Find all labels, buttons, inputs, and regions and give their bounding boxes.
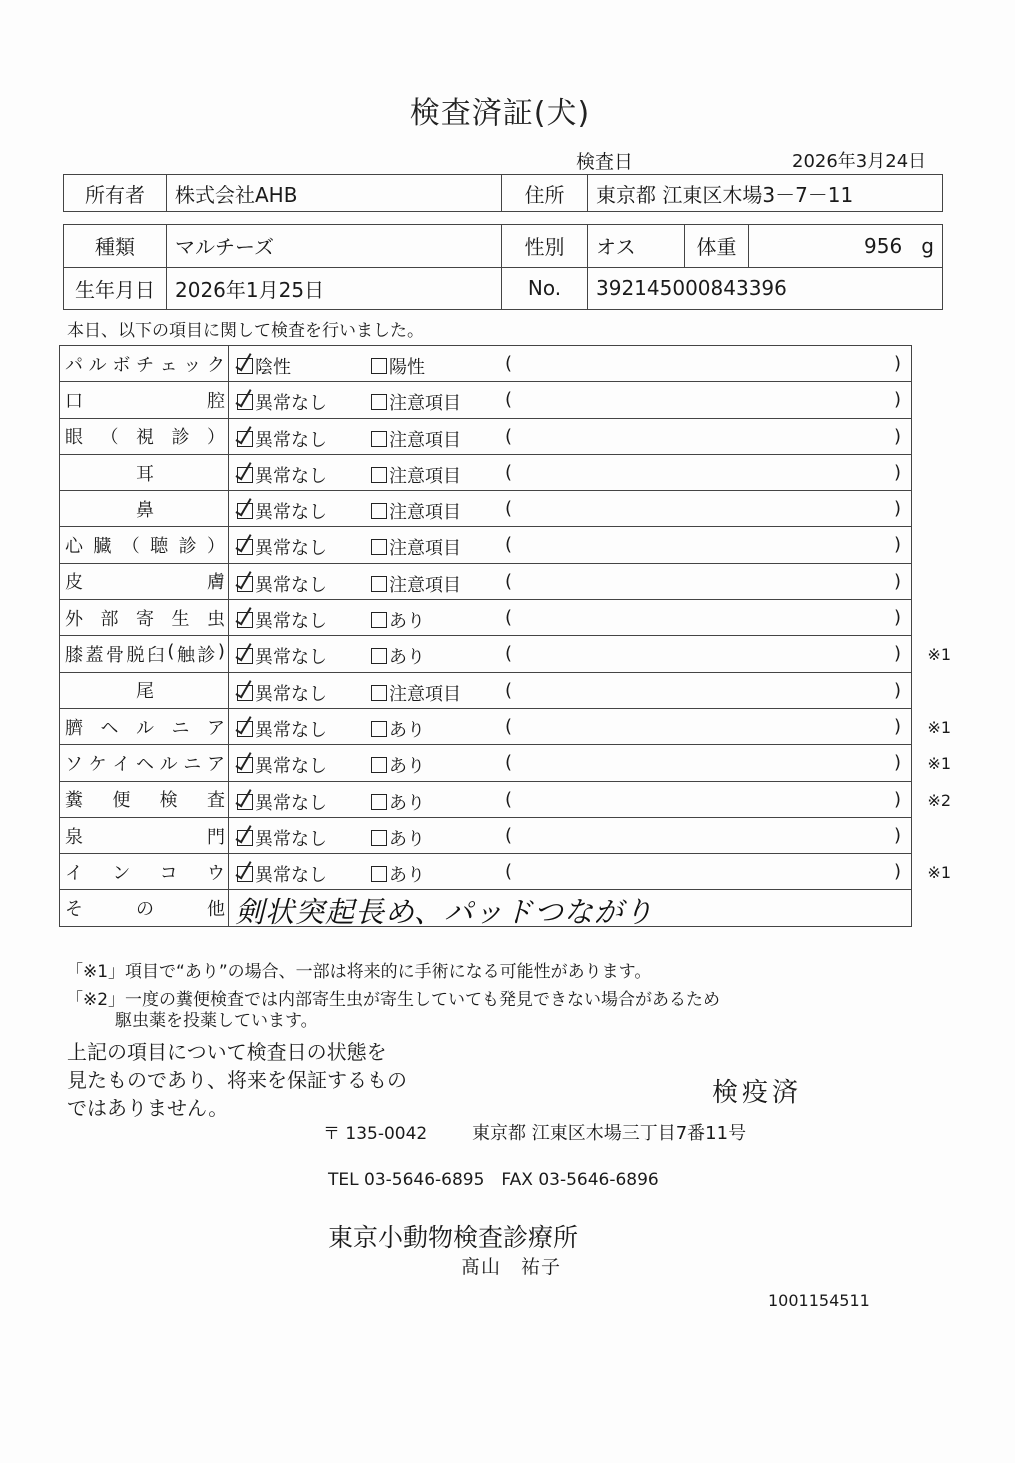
- remarks-open-paren: (: [505, 607, 512, 628]
- checklist-item-label: 尾: [60, 672, 229, 708]
- option-abnormal[interactable]: 注意項目: [371, 534, 461, 560]
- checklist-item-label: 耳: [60, 454, 229, 490]
- remarks-close-paren: ): [894, 389, 901, 410]
- remarks-open-paren: (: [505, 426, 512, 447]
- owner-value: 株式会社AHB: [167, 175, 502, 212]
- clinic-contact: TEL 03-5646-6895 FAX 03-5646-6896: [328, 1165, 659, 1190]
- remarks-open-paren: (: [505, 752, 512, 773]
- label-char: 骨: [106, 641, 124, 667]
- checklist-item-label: 外部寄生虫: [60, 600, 229, 636]
- label-char: ア: [207, 714, 225, 740]
- label-char: 口: [65, 387, 83, 413]
- owner-table: 所有者 株式会社AHB 住所 東京都 江東区木場3－7－11: [63, 174, 943, 212]
- label-char: ェ: [160, 351, 178, 377]
- label-char: 糞: [65, 786, 83, 812]
- address-value: 東京都 江東区木場3－7－11: [588, 175, 943, 212]
- label-char: ッ: [183, 351, 201, 377]
- checkbox-icon[interactable]: [237, 685, 253, 701]
- option-normal[interactable]: 陰性: [237, 353, 291, 379]
- checklist-row: 泉門 異常なし あり ( ): [60, 817, 912, 853]
- checkbox-icon[interactable]: [371, 503, 387, 519]
- checkbox-icon[interactable]: [237, 757, 253, 773]
- option-abnormal[interactable]: あり: [371, 861, 425, 887]
- label-char: (: [167, 641, 174, 667]
- checklist-options: 異常なし あり ( ): [229, 817, 912, 853]
- checklist-item-label: 眼（視診）: [60, 418, 229, 454]
- label-char: 検: [160, 786, 178, 812]
- option-normal[interactable]: 異常なし: [237, 571, 327, 597]
- checkbox-icon[interactable]: [371, 721, 387, 737]
- option-abnormal[interactable]: 注意項目: [371, 389, 461, 415]
- checkbox-icon[interactable]: [371, 757, 387, 773]
- option-abnormal[interactable]: あり: [371, 716, 425, 742]
- checklist-row: ソケイヘルニア 異常なし あり ( ) ※1: [60, 745, 912, 781]
- checkbox-icon[interactable]: [371, 794, 387, 810]
- remarks-close-paren: ): [894, 861, 901, 882]
- remarks-open-paren: (: [505, 462, 512, 483]
- checklist-item-label: 糞便検査: [60, 781, 229, 817]
- document-number: 1001154511: [768, 1291, 870, 1310]
- checkbox-icon[interactable]: [371, 467, 387, 483]
- label-char: 外: [65, 605, 83, 631]
- label-char: チ: [136, 351, 154, 377]
- footnote-2-continued: 駆虫薬を投薬しています。: [115, 1006, 318, 1031]
- sex-value: オス: [588, 225, 685, 268]
- checklist-item-label: インコウ: [60, 854, 229, 890]
- checkbox-icon[interactable]: [237, 866, 253, 882]
- handwritten-note: 剣状突起長め、パッドつながり: [235, 890, 654, 931]
- remarks-open-paren: (: [505, 680, 512, 701]
- option-normal[interactable]: 異常なし: [237, 498, 327, 524]
- checklist-options: 異常なし 注意項目 ( ): [229, 563, 912, 599]
- checklist-row: 皮膚 異常なし 注意項目 ( ): [60, 563, 912, 599]
- exam-date-value: 2026年3月24日: [792, 147, 926, 173]
- label-char: ル: [160, 750, 178, 776]
- address-label: 住所: [502, 175, 588, 212]
- footnote-marker: ※1: [927, 718, 951, 737]
- remarks-close-paren: ): [894, 752, 901, 773]
- remarks-open-paren: (: [505, 389, 512, 410]
- remarks-open-paren: (: [505, 643, 512, 664]
- label-char: 蓋: [85, 641, 103, 667]
- checkbox-icon[interactable]: [371, 576, 387, 592]
- remarks-close-paren: ): [894, 680, 901, 701]
- checklist-row: 耳 異常なし 注意項目 ( ): [60, 454, 912, 490]
- sex-label: 性別: [502, 225, 588, 268]
- remarks-close-paren: ): [894, 789, 901, 810]
- remarks-close-paren: ): [894, 353, 901, 374]
- option-abnormal[interactable]: 陽性: [371, 353, 425, 379]
- remarks-open-paren: (: [505, 789, 512, 810]
- breed-value: マルチーズ: [167, 225, 502, 268]
- label-char: ウ: [207, 859, 225, 885]
- checkbox-icon[interactable]: [237, 612, 253, 628]
- option-abnormal[interactable]: あり: [371, 825, 425, 851]
- checklist-options: 異常なし あり ( ) ※1: [229, 708, 912, 744]
- checkbox-icon[interactable]: [237, 358, 253, 374]
- exam-date-label: 検査日: [576, 147, 633, 174]
- remarks-open-paren: (: [505, 353, 512, 374]
- postal-code: 〒 135-0042: [323, 1119, 427, 1144]
- vet-name: 髙山 祐子: [461, 1252, 561, 1279]
- label-char: 虫: [207, 605, 225, 631]
- checklist-row: パルボチェック 陰性 陽性 ( ): [60, 346, 912, 382]
- label-char: 臓: [93, 532, 111, 558]
- label-char: 診: [172, 423, 190, 449]
- other-label-cell: その他: [60, 890, 229, 926]
- remarks-close-paren: ): [894, 426, 901, 447]
- remarks-close-paren: ): [894, 716, 901, 737]
- checklist-item-label: 鼻: [60, 491, 229, 527]
- option-abnormal[interactable]: あり: [371, 789, 425, 815]
- checkbox-icon[interactable]: [371, 648, 387, 664]
- checklist-options: 異常なし あり ( ) ※1: [229, 636, 912, 672]
- option-abnormal[interactable]: 注意項目: [371, 462, 461, 488]
- remarks-open-paren: (: [505, 571, 512, 592]
- label-char: 査: [207, 786, 225, 812]
- checklist-options: 異常なし 注意項目 ( ): [229, 491, 912, 527]
- label-char: 腔: [207, 387, 225, 413]
- label-char: パ: [65, 351, 83, 377]
- option-normal[interactable]: 異常なし: [237, 426, 327, 452]
- checkbox-icon[interactable]: [237, 721, 253, 737]
- checkbox-icon[interactable]: [371, 866, 387, 882]
- option-abnormal[interactable]: 注意項目: [371, 571, 461, 597]
- checkbox-icon[interactable]: [371, 431, 387, 447]
- label-char: 便: [112, 786, 130, 812]
- other-label: その他: [65, 895, 225, 921]
- checklist-row: 外部寄生虫 異常なし あり ( ): [60, 600, 912, 636]
- checkbox-icon[interactable]: [371, 539, 387, 555]
- disclaimer-line-3: ではありません。: [67, 1094, 407, 1122]
- label-char: 診: [197, 641, 215, 667]
- checklist-options: 異常なし あり ( ): [229, 600, 912, 636]
- label-char: ク: [207, 351, 225, 377]
- document-title: 検査済証(犬): [0, 88, 1000, 132]
- checklist-item-label: 臍ヘルニア: [60, 708, 229, 744]
- checklist-row: 膝蓋骨脱臼(触診) 異常なし あり ( ) ※1: [60, 636, 912, 672]
- checkbox-icon[interactable]: [371, 830, 387, 846]
- clinic-address: 東京都 江東区木場三丁目7番11号: [472, 1119, 746, 1145]
- label-char: 脱: [126, 641, 144, 667]
- remarks-close-paren: ): [894, 643, 901, 664]
- checkbox-icon[interactable]: [237, 467, 253, 483]
- footnote-marker: ※1: [927, 645, 951, 664]
- checklist-item-label: ソケイヘルニア: [60, 745, 229, 781]
- option-normal[interactable]: 異常なし: [237, 462, 327, 488]
- label-char: 心: [65, 532, 83, 558]
- label-char: ン: [112, 859, 130, 885]
- label-char: 尾: [136, 677, 154, 703]
- checklist-options: 異常なし あり ( ) ※2: [229, 781, 912, 817]
- birth-value: 2026年1月25日: [167, 267, 502, 310]
- weight-unit: g: [921, 234, 934, 258]
- footnote-marker: ※1: [927, 863, 951, 882]
- checklist-item-label: 心臓（聴診）: [60, 527, 229, 563]
- quarantine-stamp: 検疫済: [712, 1072, 802, 1109]
- label-char: 門: [207, 823, 225, 849]
- footnote-1: 「※1」項目で“あり”の場合、一部は将来的に手術になる可能性があります。: [66, 957, 651, 982]
- option-normal[interactable]: 異常なし: [237, 643, 327, 669]
- label-char: （: [122, 532, 140, 558]
- breed-label: 種類: [64, 225, 167, 268]
- label-char: 聴: [150, 532, 168, 558]
- disclaimer: 上記の項目について検査日の状態を 見たものであり、将来を保証するもの ではありま…: [67, 1038, 407, 1122]
- footnote-marker: ※1: [927, 754, 951, 773]
- label-char: 視: [136, 423, 154, 449]
- remarks-close-paren: ): [894, 571, 901, 592]
- label-char: イ: [65, 859, 83, 885]
- remarks-open-paren: (: [505, 534, 512, 555]
- label-char: ニ: [172, 714, 190, 740]
- option-abnormal[interactable]: あり: [371, 607, 425, 633]
- checkbox-icon[interactable]: [237, 503, 253, 519]
- option-normal[interactable]: 異常なし: [237, 680, 327, 706]
- label-char: 触: [177, 641, 195, 667]
- checklist-row: 口腔 異常なし 注意項目 ( ): [60, 382, 912, 418]
- label-char: 眼: [65, 423, 83, 449]
- other-row: その他 剣状突起長め、パッドつながり: [60, 890, 912, 926]
- checklist-row: 心臓（聴診） 異常なし 注意項目 ( ): [60, 527, 912, 563]
- label-char: コ: [160, 859, 178, 885]
- checklist-row: 臍ヘルニア 異常なし あり ( ) ※1: [60, 708, 912, 744]
- option-normal[interactable]: 異常なし: [237, 825, 327, 851]
- checklist-options: 異常なし 注意項目 ( ): [229, 454, 912, 490]
- label-char: （: [101, 423, 119, 449]
- label-char: ）: [207, 532, 225, 558]
- remarks-close-paren: ): [894, 462, 901, 483]
- label-char: 耳: [136, 460, 154, 486]
- remarks-open-paren: (: [505, 716, 512, 737]
- checklist-options: 異常なし 注意項目 ( ): [229, 418, 912, 454]
- label-char: 生: [172, 605, 190, 631]
- label-char: ル: [89, 351, 107, 377]
- checkbox-icon[interactable]: [237, 830, 253, 846]
- label-char: ヘ: [136, 750, 154, 776]
- label-char: 鼻: [136, 496, 154, 522]
- owner-label: 所有者: [64, 175, 167, 212]
- birth-label: 生年月日: [64, 267, 167, 310]
- option-normal[interactable]: 異常なし: [237, 789, 327, 815]
- option-normal[interactable]: 異常なし: [237, 752, 327, 778]
- checkbox-icon[interactable]: [237, 431, 253, 447]
- option-normal[interactable]: 異常なし: [237, 861, 327, 887]
- weight-cell: 956 g: [749, 225, 943, 268]
- checklist-item-label: 泉門: [60, 817, 229, 853]
- checklist-options: 異常なし 注意項目 ( ): [229, 672, 912, 708]
- number-value: 392145000843396: [588, 267, 943, 310]
- checkbox-icon[interactable]: [237, 648, 253, 664]
- disclaimer-line-2: 見たものであり、将来を保証するもの: [67, 1066, 407, 1094]
- option-normal[interactable]: 異常なし: [237, 716, 327, 742]
- label-char: 他: [207, 895, 225, 921]
- option-abnormal[interactable]: 注意項目: [371, 680, 461, 706]
- checklist-options: 異常なし 注意項目 ( ): [229, 527, 912, 563]
- checkbox-icon[interactable]: [237, 794, 253, 810]
- label-char: 臼: [147, 641, 165, 667]
- label-char: 皮: [65, 568, 83, 594]
- checkbox-icon[interactable]: [371, 358, 387, 374]
- checklist-item-label: 口腔: [60, 382, 229, 418]
- remarks-open-paren: (: [505, 825, 512, 846]
- label-char: ケ: [89, 750, 107, 776]
- clinic-name: 東京小動物検査診療所: [328, 1218, 578, 1254]
- label-char: ): [218, 641, 225, 667]
- intro-text: 本日、以下の項目に関して検査を行いました。: [67, 316, 424, 341]
- label-char: 膝: [65, 641, 83, 667]
- checklist-row: インコウ 異常なし あり ( ) ※1: [60, 854, 912, 890]
- checklist-options: 異常なし あり ( ) ※1: [229, 745, 912, 781]
- checklist-row: 鼻 異常なし 注意項目 ( ): [60, 491, 912, 527]
- checklist-row: 尾 異常なし 注意項目 ( ): [60, 672, 912, 708]
- checkbox-icon[interactable]: [237, 394, 253, 410]
- label-char: ル: [136, 714, 154, 740]
- label-char: の: [136, 895, 154, 921]
- label-char: 泉: [65, 823, 83, 849]
- remarks-close-paren: ): [894, 825, 901, 846]
- checkbox-icon[interactable]: [371, 685, 387, 701]
- checklist-item-label: 皮膚: [60, 563, 229, 599]
- other-value-cell: 剣状突起長め、パッドつながり: [229, 890, 912, 926]
- number-label: No.: [502, 267, 588, 310]
- label-char: イ: [112, 750, 130, 776]
- option-normal[interactable]: 異常なし: [237, 389, 327, 415]
- label-char: ア: [207, 750, 225, 776]
- disclaimer-line-1: 上記の項目について検査日の状態を: [67, 1038, 407, 1066]
- checklist-options: 異常なし 注意項目 ( ): [229, 382, 912, 418]
- option-abnormal[interactable]: あり: [371, 643, 425, 669]
- checklist-row: 眼（視診） 異常なし 注意項目 ( ): [60, 418, 912, 454]
- label-char: 膚: [207, 568, 225, 594]
- checklist-item-label: 膝蓋骨脱臼(触診): [60, 636, 229, 672]
- checkbox-icon[interactable]: [371, 612, 387, 628]
- label-char: 臍: [65, 714, 83, 740]
- remarks-close-paren: ): [894, 534, 901, 555]
- label-char: ）: [207, 423, 225, 449]
- checkbox-icon[interactable]: [371, 394, 387, 410]
- option-abnormal[interactable]: 注意項目: [371, 426, 461, 452]
- label-char: そ: [65, 895, 83, 921]
- remarks-open-paren: (: [505, 498, 512, 519]
- label-char: 部: [101, 605, 119, 631]
- label-char: ソ: [65, 750, 83, 776]
- label-char: ヘ: [101, 714, 119, 740]
- label-char: ニ: [183, 750, 201, 776]
- checkbox-icon[interactable]: [237, 539, 253, 555]
- checklist-options: 陰性 陽性 ( ): [229, 346, 912, 382]
- option-normal[interactable]: 異常なし: [237, 607, 327, 633]
- option-abnormal[interactable]: 注意項目: [371, 498, 461, 524]
- checklist-row: 糞便検査 異常なし あり ( ) ※2: [60, 781, 912, 817]
- option-abnormal[interactable]: あり: [371, 752, 425, 778]
- label-char: 寄: [136, 605, 154, 631]
- remarks-close-paren: ): [894, 607, 901, 628]
- checklist-options: 異常なし あり ( ) ※1: [229, 854, 912, 890]
- label-char: 診: [179, 532, 197, 558]
- footnote-marker: ※2: [927, 791, 951, 810]
- weight-value: 956: [864, 234, 902, 258]
- option-normal[interactable]: 異常なし: [237, 534, 327, 560]
- remarks-close-paren: ): [894, 498, 901, 519]
- checklist-item-label: パルボチェック: [60, 346, 229, 382]
- checkbox-icon[interactable]: [237, 576, 253, 592]
- weight-label: 体重: [685, 225, 749, 268]
- checklist-table: パルボチェック 陰性 陽性 ( ) 口腔 異常なし 注意項目 ( ): [59, 345, 912, 927]
- label-char: ボ: [112, 351, 130, 377]
- remarks-open-paren: (: [505, 861, 512, 882]
- animal-table: 種類 マルチーズ 性別 オス 体重 956 g 生年月日 2026年1月25日 …: [63, 224, 943, 310]
